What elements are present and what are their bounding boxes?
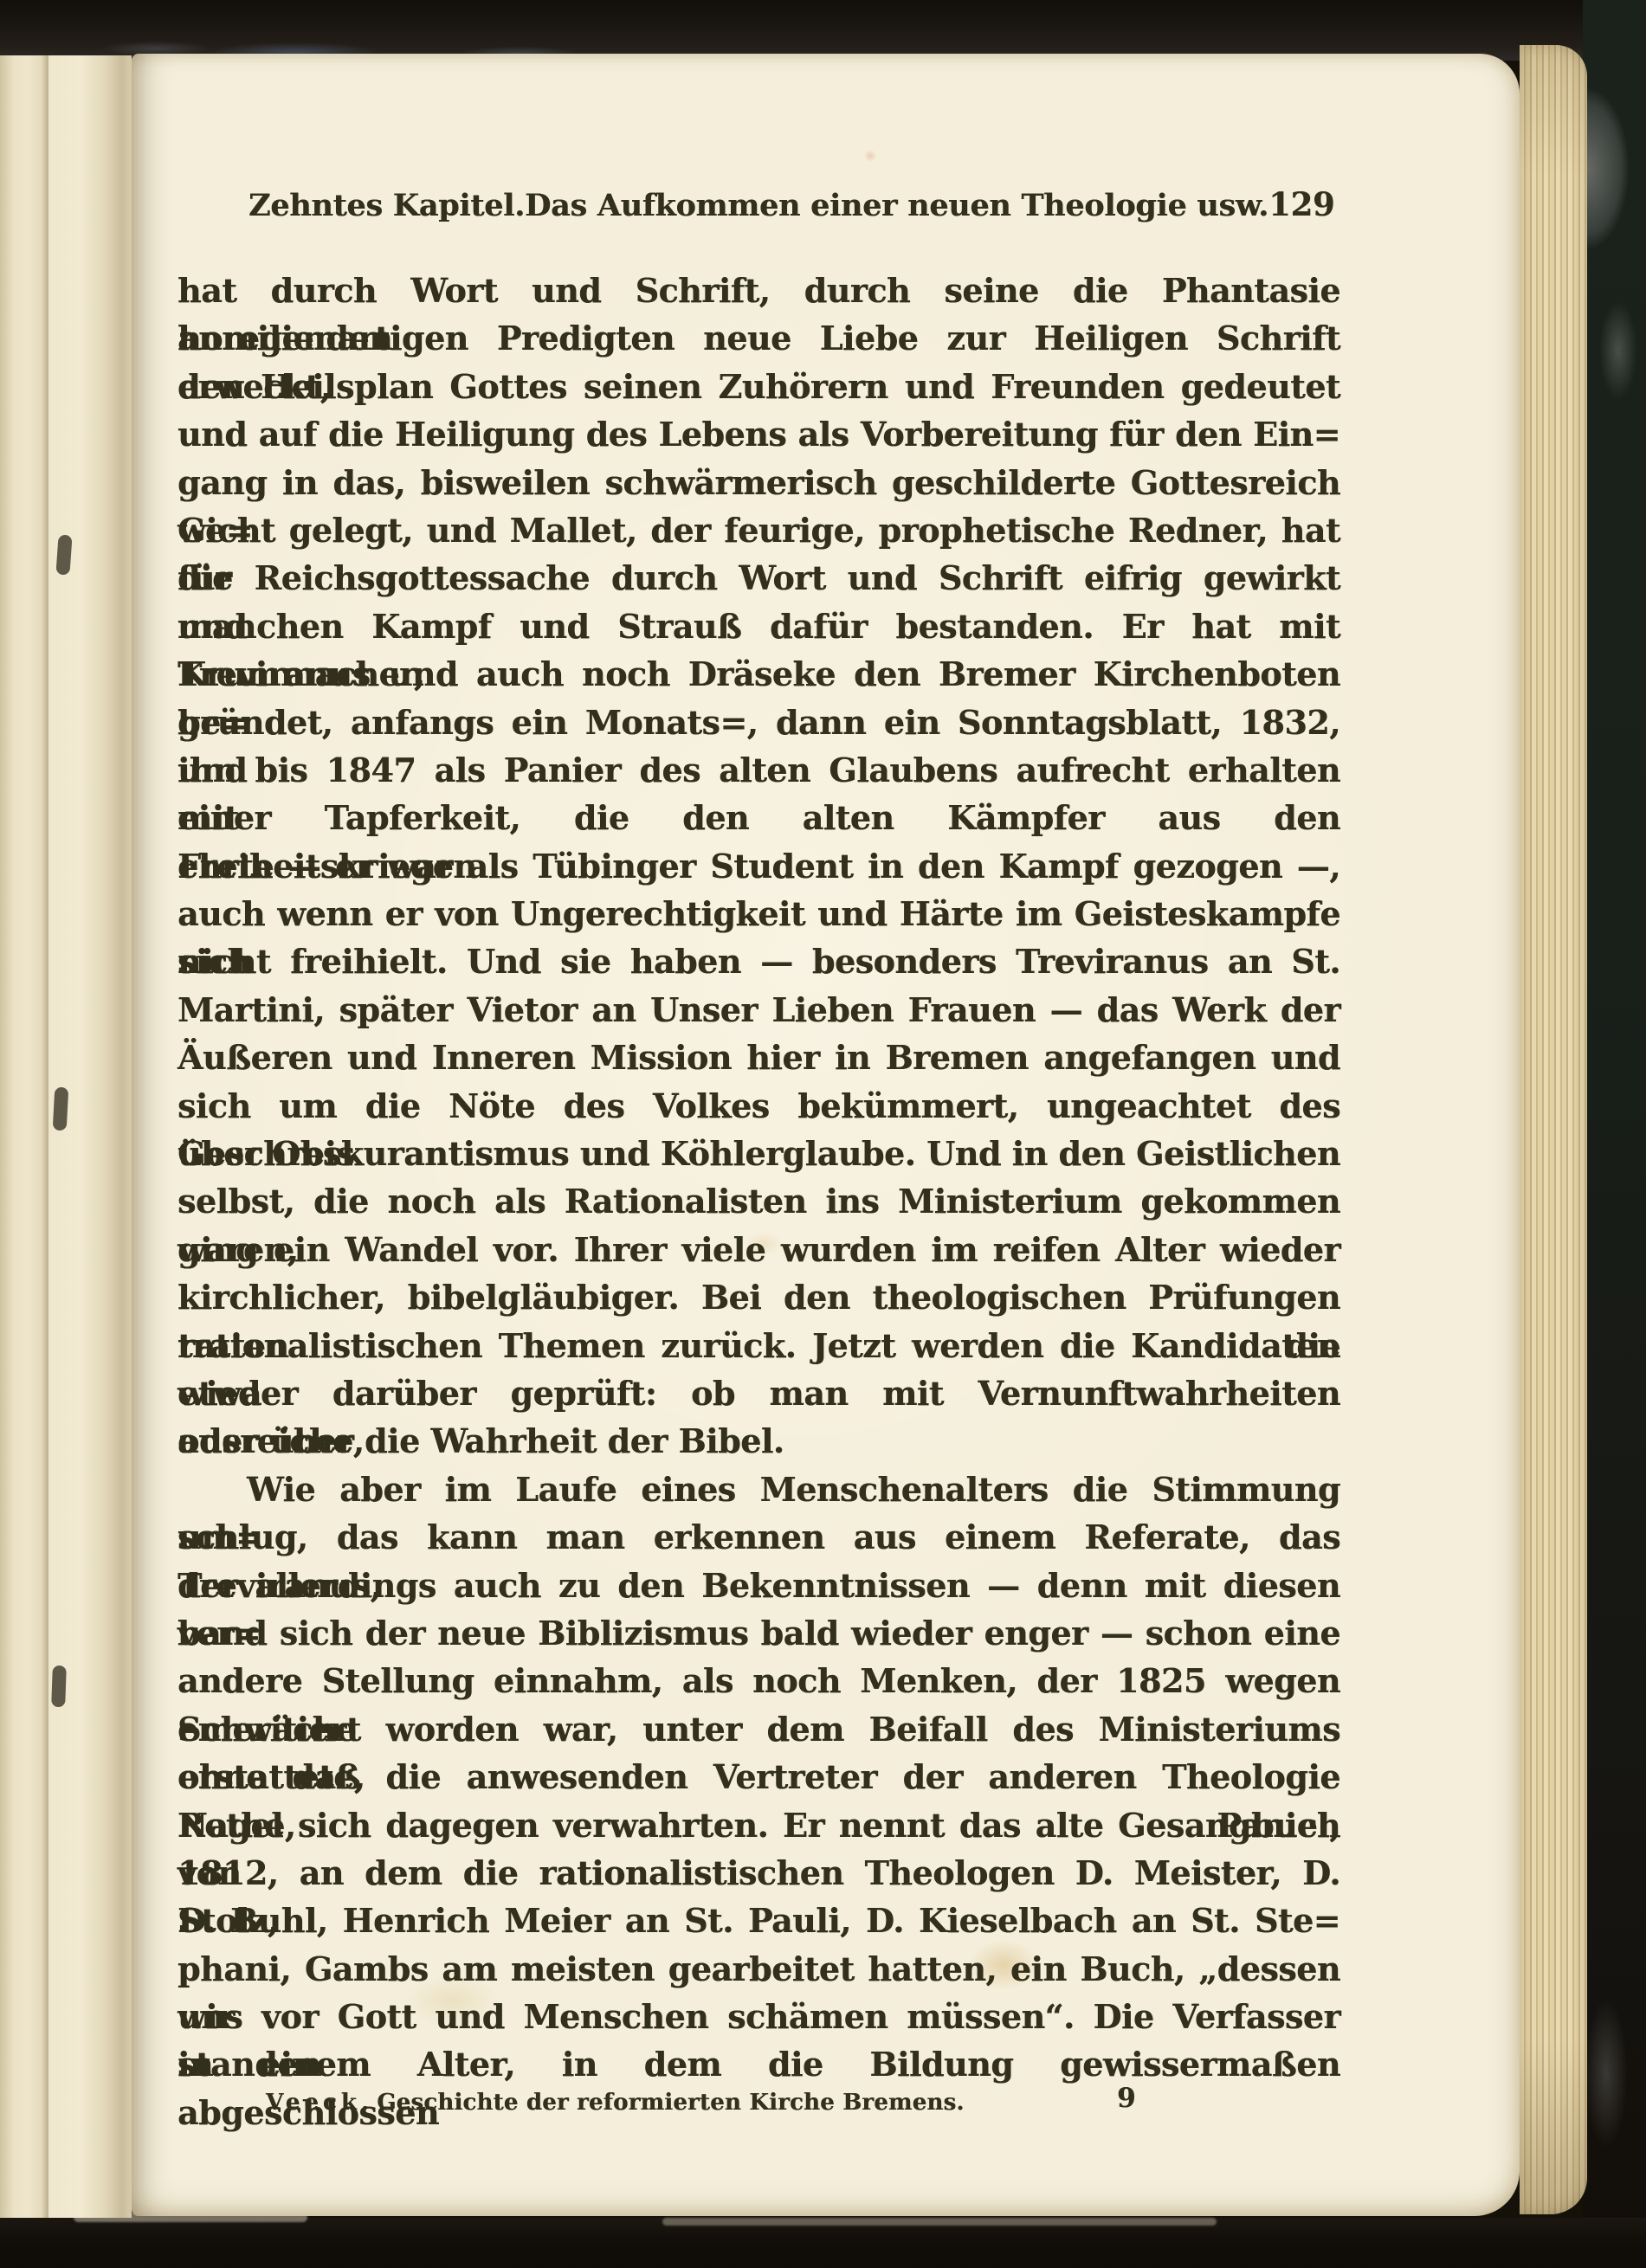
footer-signature: Veeck, Geschichte der reformierten Kirch… <box>266 2090 965 2116</box>
text-line: nicht freihielt. Und sie haben — besonde… <box>178 937 1340 985</box>
text-line: auch wenn er von Ungerechtigkeit und Här… <box>178 890 1340 937</box>
binding-mark <box>51 1666 67 1708</box>
book-page: Zehntes Kapitel. Das Aufkommen einer neu… <box>132 54 1520 2216</box>
text-line: Nagel sich dagegen verwahrten. Er nennt … <box>178 1801 1340 1849</box>
binding-mark <box>53 1087 69 1131</box>
signature-author: Veeck <box>266 2090 361 2116</box>
text-line: Martini, später Vietor an Unser Lieben F… <box>178 986 1340 1034</box>
page-number: 129 <box>1268 185 1334 223</box>
text-line: wieder darüber geprüft: ob man mit Vernu… <box>178 1369 1340 1417</box>
text-line: emeritiert worden war, unter dem Beifall… <box>178 1705 1340 1753</box>
text-line: einer Tapferkeit, die den alten Kämpfer … <box>178 794 1340 841</box>
text-line: uns vor Gott und Menschen schämen müssen… <box>178 1993 1340 2040</box>
text-line: Wie aber im Laufe eines Menschenalters d… <box>178 1466 1340 1513</box>
text-line: gründet, anfangs ein Monats=, dann ein S… <box>178 699 1340 746</box>
header-title: Das Aufkommen einer neuen Theologie usw. <box>525 188 1268 223</box>
text-line: in einem Alter, in dem die Bildung gewis… <box>178 2040 1340 2088</box>
running-header: Zehntes Kapitel. Das Aufkommen einer neu… <box>249 185 1303 223</box>
book-cover-top-edge <box>0 0 1646 61</box>
text-line: D. Buhl, Henrich Meier an St. Pauli, D. … <box>178 1897 1340 1944</box>
text-line: ihn bis 1847 als Panier des alten Glaube… <box>178 746 1340 794</box>
text-line: die Reichsgottessache durch Wort und Sch… <box>178 554 1340 602</box>
text-line: gang in das, bisweilen schwärmerisch ges… <box>178 459 1340 506</box>
book-scan: Zehntes Kapitel. Das Aufkommen einer neu… <box>0 0 1646 2268</box>
text-line: andere Stellung einnahm, als noch Menken… <box>178 1657 1340 1704</box>
binding-mark <box>55 534 72 575</box>
text-line: sich um die Nöte des Volkes bekümmert, u… <box>178 1082 1340 1130</box>
text-line: selbst, die noch als Rationalisten ins M… <box>178 1177 1340 1225</box>
page-edges-stack <box>1520 45 1587 2214</box>
text-line: 1812, an dem die rationalistischen Theol… <box>178 1849 1340 1897</box>
text-line: Treviranus und auch noch Dräseke den Bre… <box>178 650 1340 698</box>
text-line: Äußeren und Inneren Mission hier in Brem… <box>178 1034 1340 1081</box>
text-line: kirchlicher, bibelgläubiger. Bei den the… <box>178 1273 1340 1321</box>
page-gutter <box>48 55 132 2218</box>
text-line: und auf die Heiligung des Lebens als Vor… <box>178 410 1340 458</box>
text-line: oder über die Wahrheit der Bibel. <box>178 1417 1340 1465</box>
text-line: über Obskurantismus und Köhlerglaube. Un… <box>178 1130 1340 1177</box>
text-line: ehrte — er war als Tübinger Student in d… <box>178 842 1340 890</box>
facing-page-edge <box>0 55 48 2218</box>
chapter-label: Zehntes Kapitel. <box>249 188 525 223</box>
page-body: hat durch Wort und Schrift, durch seine … <box>178 267 1340 2089</box>
text-line: schlug, das kann man erkennen aus einem … <box>178 1513 1340 1561</box>
text-line: den Heilsplan Gottes seinen Zuhörern und… <box>178 363 1340 410</box>
text-line: ohne daß die anwesenden Vertreter der an… <box>178 1753 1340 1801</box>
book-cover-right-edge <box>1583 0 1646 2268</box>
sheet-signature-number: 9 <box>1117 2083 1136 2114</box>
text-line: der allerdings auch zu den Bekenntnissen… <box>178 1562 1340 1609</box>
text-line: hat durch Wort und Schrift, durch seine … <box>178 267 1340 314</box>
text-line: phani, Gambs am meisten gearbeitet hatte… <box>178 1945 1340 1993</box>
text-line: ging ein Wandel vor. Ihrer viele wurden … <box>178 1226 1340 1273</box>
text-line: manchen Kampf und Strauß dafür bestanden… <box>178 602 1340 650</box>
text-line: homilienartigen Predigten neue Liebe zur… <box>178 314 1340 362</box>
text-line: band sich der neue Biblizismus bald wied… <box>178 1609 1340 1657</box>
text-line: rationalistischen Themen zurück. Jetzt w… <box>178 1322 1340 1369</box>
text-line: wicht gelegt, und Mallet, der feurige, p… <box>178 506 1340 554</box>
signature-title: , Geschichte der reformierten Kirche Bre… <box>361 2090 965 2116</box>
cover-scuff <box>662 2218 1217 2226</box>
